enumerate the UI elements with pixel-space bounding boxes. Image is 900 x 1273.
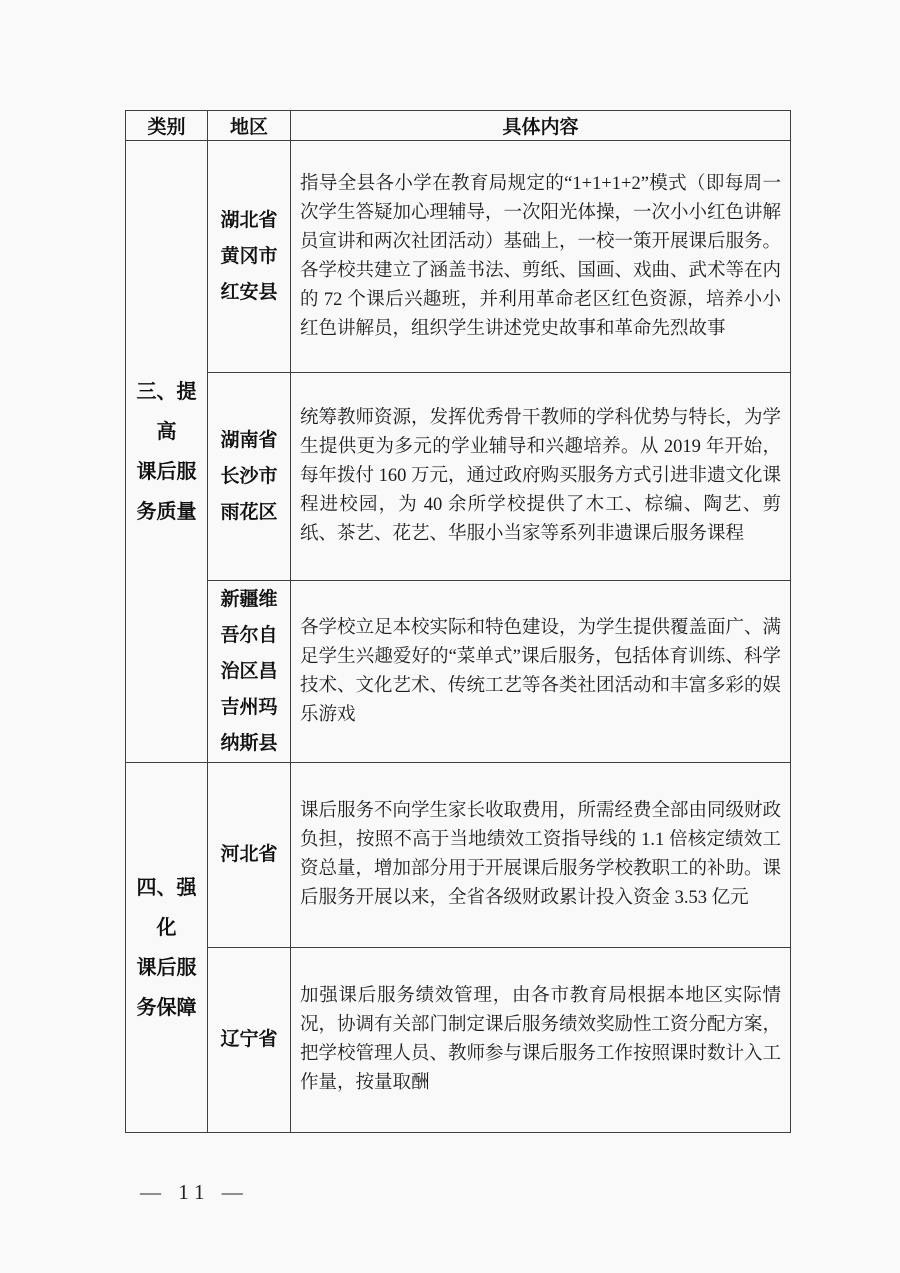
region-cell-hubei-hongan: 湖北省 黄冈市 红安县 [208, 141, 291, 373]
table-row: 三、提高 课后服 务质量 湖北省 黄冈市 红安县 指导全县各小学在教育局规定的“… [126, 141, 791, 373]
region-cell-xinjiang-manas: 新疆维 吾尔自 治区昌 吉州玛 纳斯县 [208, 581, 291, 763]
region-cell-liaoning: 辽宁省 [208, 948, 291, 1133]
category-cell-section-4: 四、强化 课后服 务保障 [126, 763, 208, 1133]
region-cell-hebei: 河北省 [208, 763, 291, 948]
header-cell-category: 类别 [126, 111, 208, 141]
table-row: 四、强化 课后服 务保障 河北省 课后服务不向学生家长收取费用，所需经费全部由同… [126, 763, 791, 948]
content-cell-xinjiang-manas: 各学校立足本校实际和特色建设，为学生提供覆盖面广、满足学生兴趣爱好的“菜单式”课… [291, 581, 791, 763]
table-row: 湖南省 长沙市 雨花区 统筹教师资源，发挥优秀骨干教师的学科优势与特长，为学生提… [126, 373, 791, 581]
table-row: 辽宁省 加强课后服务绩效管理，由各市教育局根据本地区实际情况，协调有关部门制定课… [126, 948, 791, 1133]
table-header-row: 类别 地区 具体内容 [126, 111, 791, 141]
content-cell-liaoning: 加强课后服务绩效管理，由各市教育局根据本地区实际情况，协调有关部门制定课后服务绩… [291, 948, 791, 1133]
content-cell-hubei-hongan: 指导全县各小学在教育局规定的“1+1+1+2”模式（即每周一次学生答疑加心理辅导… [291, 141, 791, 373]
header-cell-content: 具体内容 [291, 111, 791, 141]
category-cell-section-3: 三、提高 课后服 务质量 [126, 141, 208, 763]
table-row: 新疆维 吾尔自 治区昌 吉州玛 纳斯县 各学校立足本校实际和特色建设，为学生提供… [126, 581, 791, 763]
region-cell-hunan-yuhua: 湖南省 长沙市 雨花区 [208, 373, 291, 581]
content-cell-hebei: 课后服务不向学生家长收取费用，所需经费全部由同级财政负担，按照不高于当地绩效工资… [291, 763, 791, 948]
policy-table: 类别 地区 具体内容 三、提高 课后服 务质量 湖北省 黄冈市 红安县 指导全县… [125, 110, 791, 1133]
header-cell-region: 地区 [208, 111, 291, 141]
content-cell-hunan-yuhua: 统筹教师资源，发挥优秀骨干教师的学科优势与特长，为学生提供更为多元的学业辅导和兴… [291, 373, 791, 581]
page-number: — 11 — [140, 1180, 249, 1205]
